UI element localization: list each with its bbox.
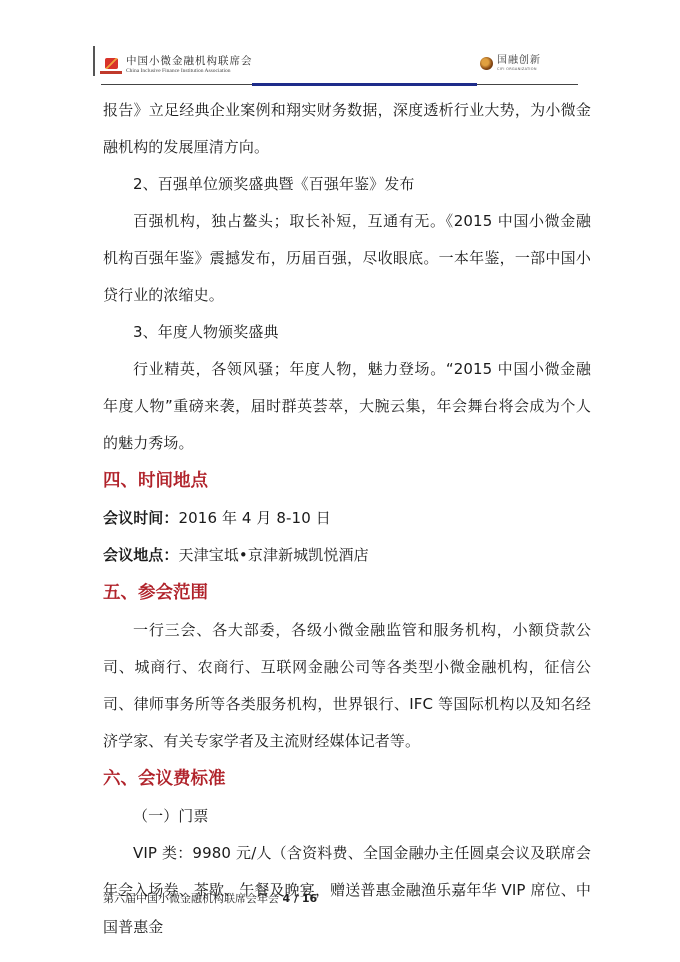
- subheading-top100: 2、百强单位颁奖盛典暨《百强年鉴》发布: [103, 166, 591, 203]
- meeting-time-value: 2016 年 4 月 8-10 日: [179, 509, 331, 527]
- cifia-logo-name-en: China Inclusive Finance Institution Asso…: [126, 69, 253, 75]
- paragraph-person-of-year: 行业精英，各领风骚；年度人物，魅力登场。“2015 中国小微金融年度人物”重磅来…: [103, 351, 591, 462]
- section-heading-attendees: 五、参会范围: [103, 574, 591, 612]
- guorong-logo-icon: [480, 57, 493, 70]
- cifia-logo: 中国小微金融机构联席会 China Inclusive Finance Inst…: [104, 56, 253, 74]
- footer-title: 第六届中国小微金融机构联席会年会: [103, 892, 279, 905]
- guorong-logo: 国融创新 CIFI ORGANIZATION: [480, 56, 541, 72]
- subheading-tickets: （一）门票: [103, 798, 591, 835]
- paragraph-report-continuation: 报告》立足经典企业案例和翔实财务数据，深度透析行业大势，为小微金融机构的发展厘清…: [103, 92, 591, 166]
- page-footer: 第六届中国小微金融机构联席会年会 4 / 16: [103, 890, 317, 906]
- document-page: 中国小微金融机构联席会 China Inclusive Finance Inst…: [0, 0, 680, 962]
- section-heading-fees: 六、会议费标准: [103, 760, 591, 798]
- paragraph-attendees: 一行三会、各大部委，各级小微金融监管和服务机构，小额贷款公司、城商行、农商行、互…: [103, 612, 591, 760]
- section-heading-time-place: 四、时间地点: [103, 462, 591, 500]
- guorong-logo-name-cn: 国融创新: [497, 56, 541, 66]
- meeting-place-value: 天津宝坻•京津新城凯悦酒店: [179, 546, 369, 564]
- meeting-time-label: 会议时间：: [103, 509, 179, 527]
- header-left-bar: [93, 46, 95, 76]
- document-body: 报告》立足经典企业案例和翔实财务数据，深度透析行业大势，为小微金融机构的发展厘清…: [103, 92, 591, 946]
- cifia-logo-name-cn: 中国小微金融机构联席会: [126, 56, 253, 67]
- paragraph-top100: 百强机构，独占鳌头；取长补短，互通有无。《2015 中国小微金融机构百强年鉴》震…: [103, 203, 591, 314]
- meeting-time: 会议时间：2016 年 4 月 8-10 日: [103, 500, 591, 537]
- subheading-person-of-year: 3、年度人物颁奖盛典: [103, 314, 591, 351]
- header-accent-bar: [252, 83, 477, 86]
- guorong-logo-name-en: CIFI ORGANIZATION: [497, 68, 541, 72]
- cifia-logo-icon: [104, 58, 120, 72]
- meeting-place: 会议地点：天津宝坻•京津新城凯悦酒店: [103, 537, 591, 574]
- page-number: 4 / 16: [283, 892, 318, 905]
- meeting-place-label: 会议地点：: [103, 546, 179, 564]
